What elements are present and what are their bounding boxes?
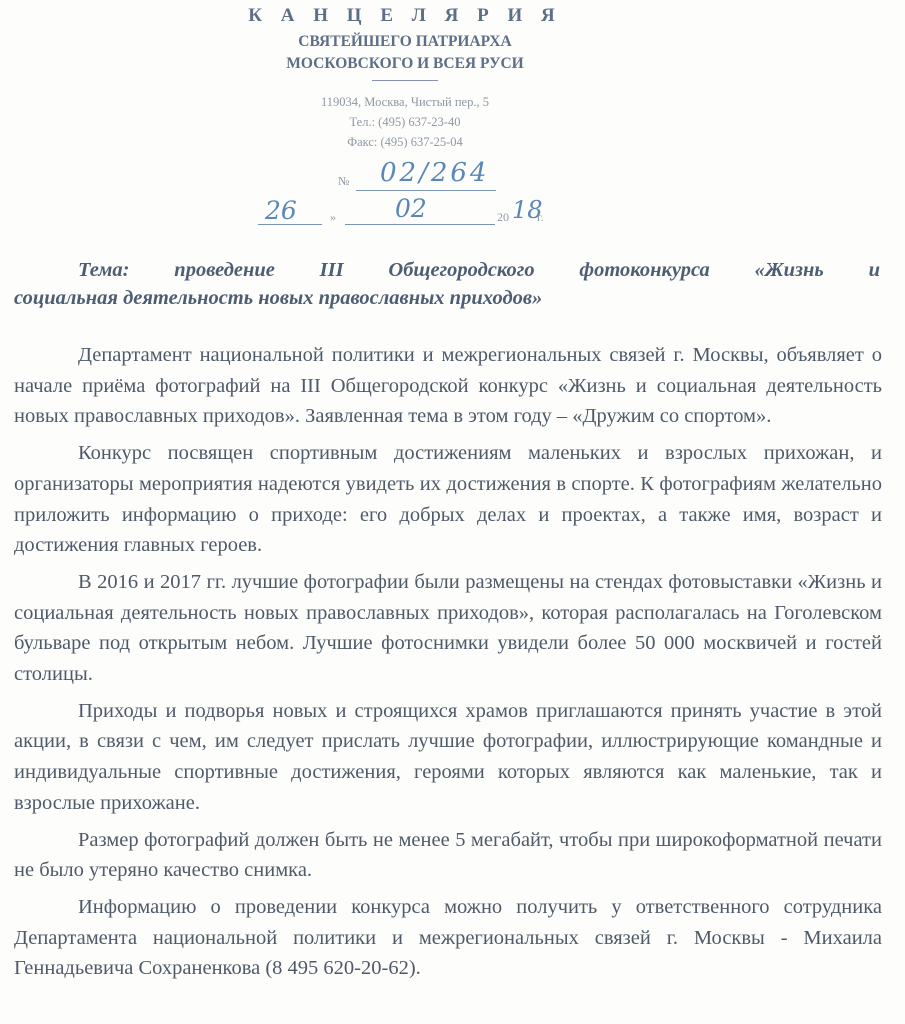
letterhead-subtitle-1: СВЯТЕЙШЕГО ПАТРИАРХА bbox=[240, 33, 570, 51]
paragraph-contest-theme: Конкурс посвящен спортивным достижениям … bbox=[14, 438, 882, 561]
paragraph-invitation: Приходы и подворья новых и строящихся хр… bbox=[14, 696, 882, 819]
letterhead-fax: Факс: (495) 637-25-04 bbox=[240, 135, 570, 150]
paragraph-announcement: Департамент национальной политики и межр… bbox=[14, 340, 882, 432]
quote-mark: » bbox=[330, 210, 336, 225]
letterhead-subtitle-2: МОСКОВСКОГО И ВСЕЯ РУСИ bbox=[240, 55, 570, 73]
letterhead-divider bbox=[372, 80, 438, 81]
number-underline bbox=[356, 190, 496, 191]
registration-day: 26 bbox=[265, 196, 297, 225]
letterhead-phone: Тел.: (495) 637-23-40 bbox=[240, 115, 570, 130]
subject-heading: Тема: проведение III Общегородского фото… bbox=[14, 256, 880, 312]
registration-month: 02 bbox=[395, 194, 427, 223]
month-underline bbox=[345, 224, 495, 225]
paragraph-photo-size: Размер фотографий должен быть не менее 5… bbox=[14, 825, 882, 886]
year-suffix: г. bbox=[537, 210, 544, 225]
letterhead-address: 119034, Москва, Чистый пер., 5 bbox=[240, 95, 570, 110]
subject-line-1: Тема: проведение III Общегородского фото… bbox=[14, 256, 880, 284]
number-label: № bbox=[338, 174, 349, 189]
paragraph-contact: Информацию о проведении конкурса можно п… bbox=[14, 892, 882, 984]
letter-body: Департамент национальной политики и межр… bbox=[14, 340, 882, 990]
registration-number: 02/264 bbox=[380, 158, 489, 188]
letterhead-title: К А Н Ц Е Л Я Р И Я bbox=[240, 5, 570, 27]
year-prefix: 20 bbox=[497, 210, 509, 225]
paragraph-history: В 2016 и 2017 гг. лучшие фотографии были… bbox=[14, 567, 882, 690]
subject-line-2: социальная деятельность новых православн… bbox=[14, 287, 542, 309]
day-underline bbox=[258, 224, 322, 225]
